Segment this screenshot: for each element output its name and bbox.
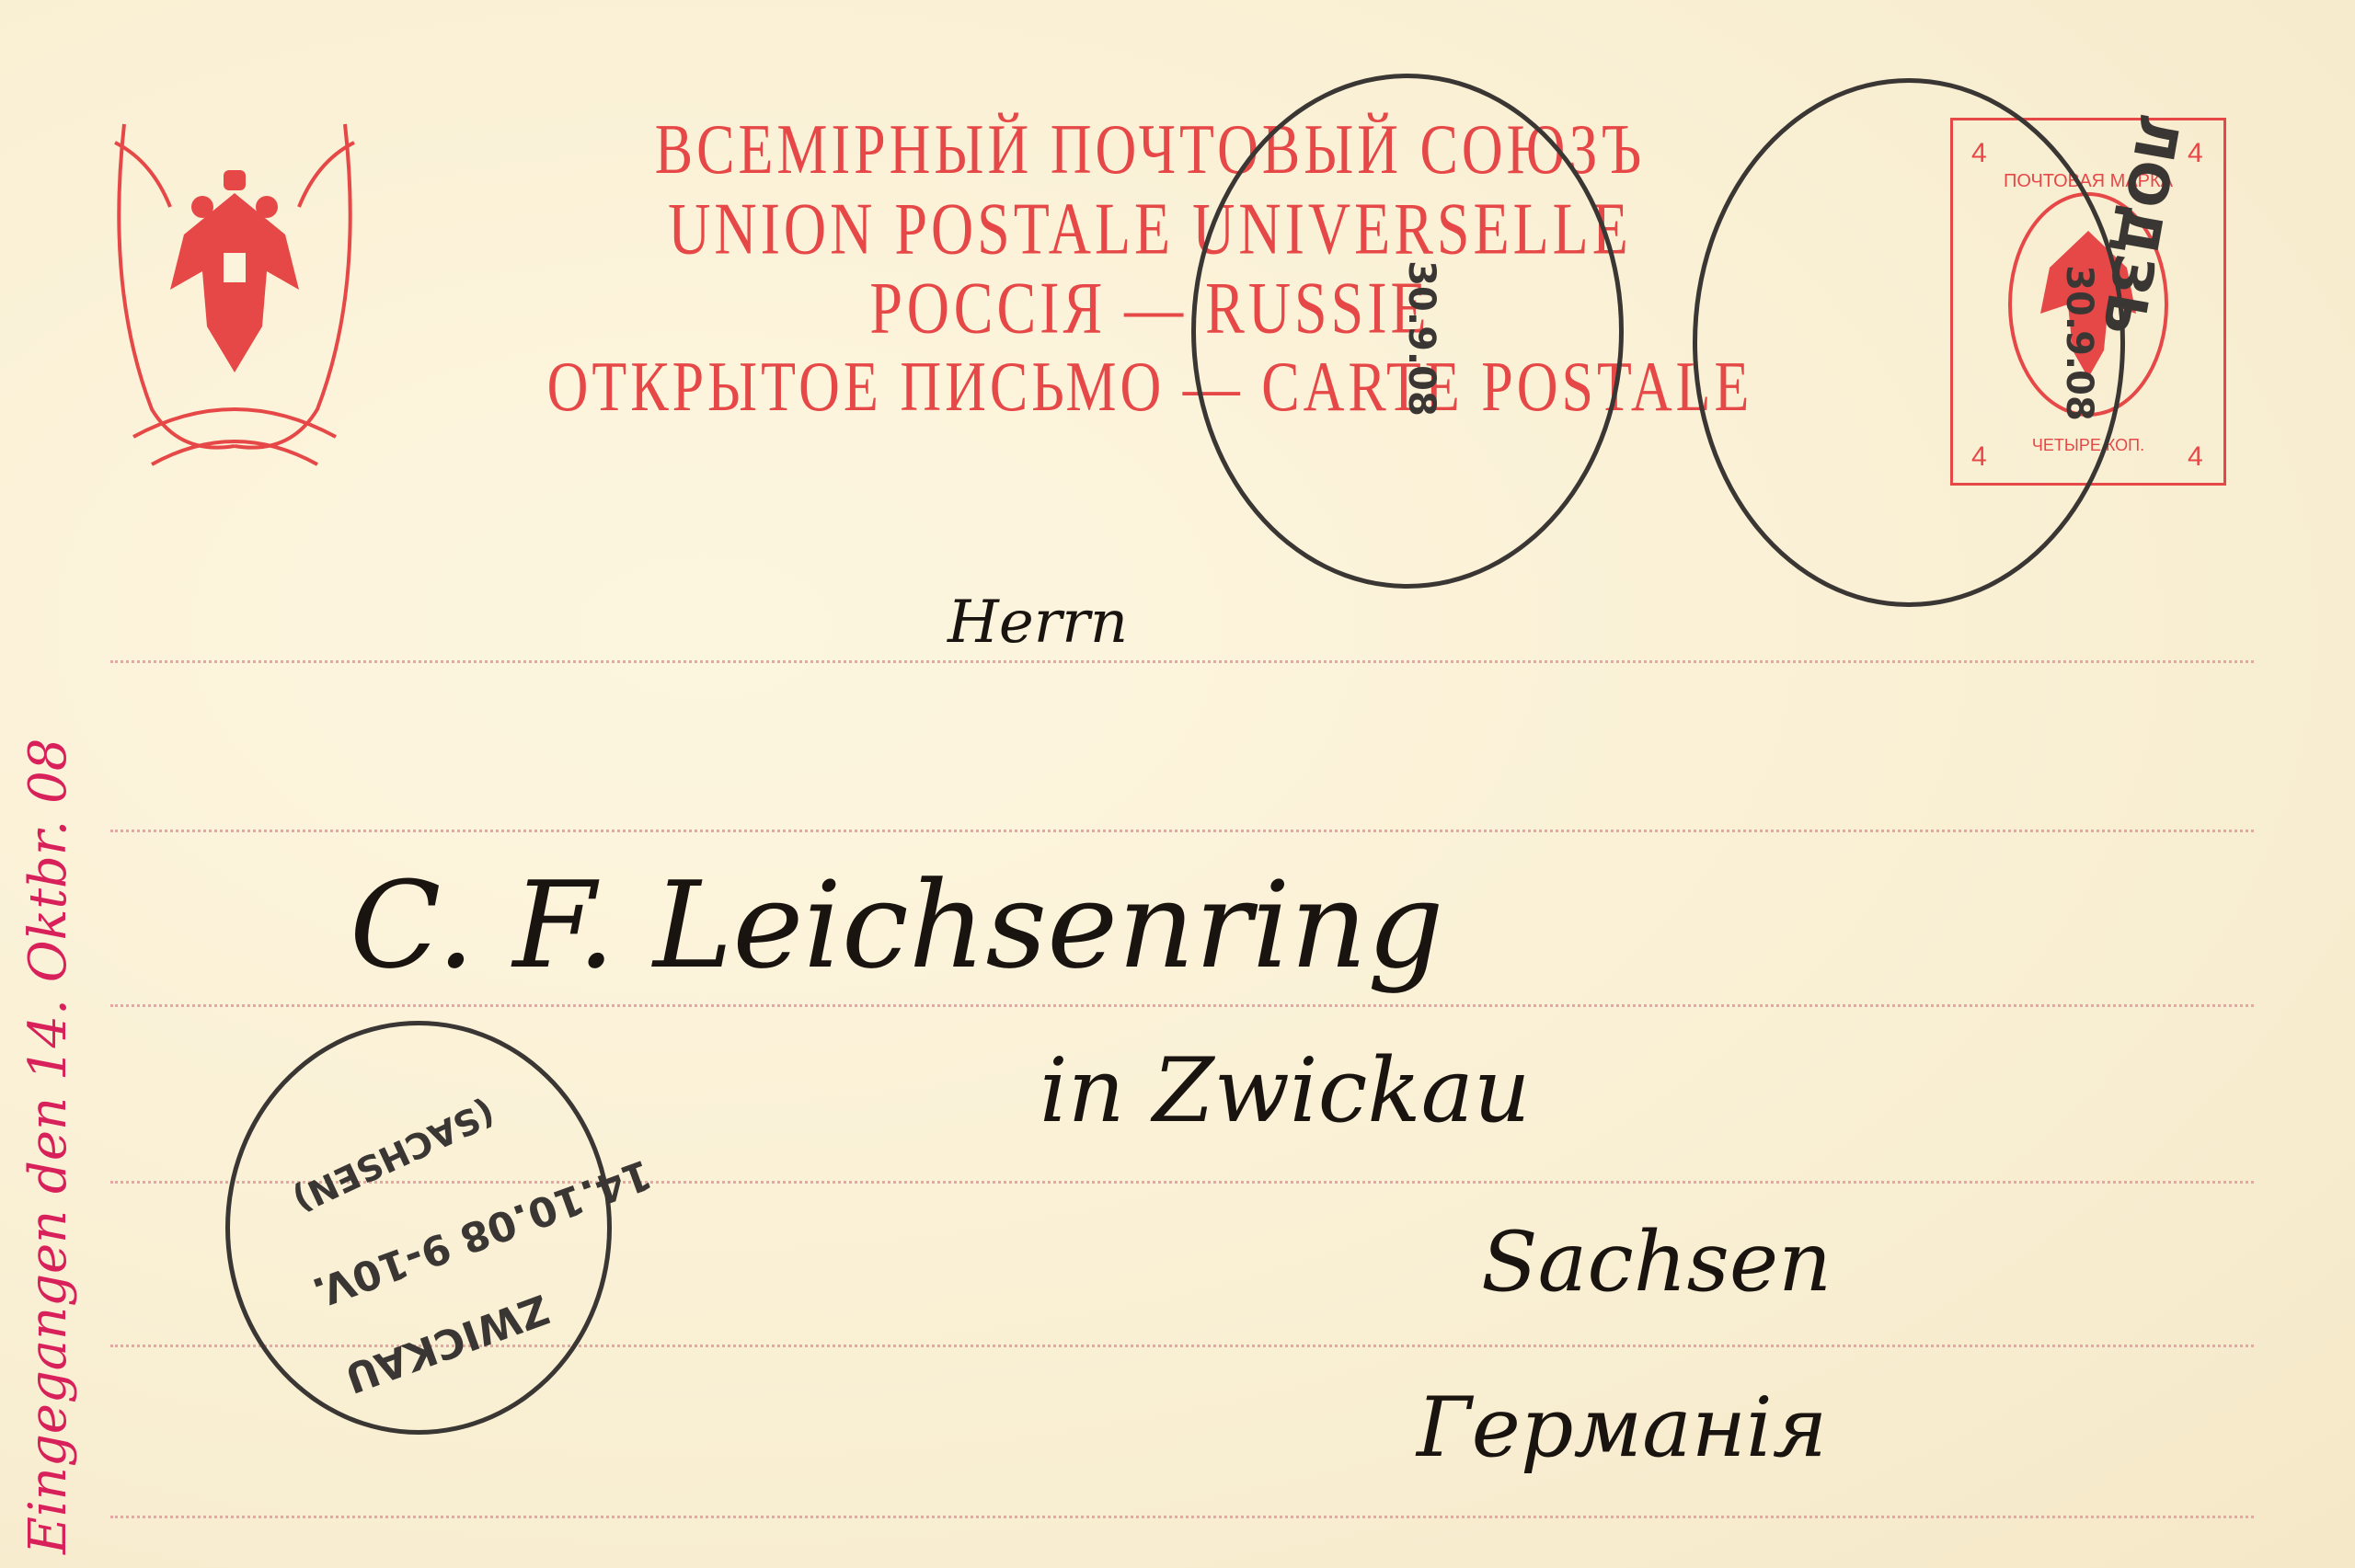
address-city: in Zwickau: [1040, 1039, 1531, 1142]
imperial-crest-icon: [97, 106, 373, 474]
postmark-city: ZWICKAU: [339, 1285, 555, 1402]
arrival-postmark: (SACHSEN) 14.10.08 9-10V. ZWICKAU: [225, 1021, 612, 1435]
address-country: Германія: [1417, 1379, 1827, 1476]
card-header: ВСЕМІРНЫЙ ПОЧТОВЫЙ СОЮЗЪ UNION POSTALE U…: [405, 110, 1895, 427]
postmark-date: 30.9.08: [1400, 260, 1442, 417]
address-name: C. F. Leichsenring: [350, 855, 1444, 995]
address-salutation: Herrn: [948, 589, 1128, 657]
postmark-region: (SACHSEN): [287, 1092, 501, 1220]
origin-postmark-2: 30.9.08 ЛОДЗЬ: [1693, 78, 2125, 607]
postcard: ВСЕМІРНЫЙ ПОЧТОВЫЙ СОЮЗЪ UNION POSTALE U…: [0, 0, 2355, 1568]
origin-postmark-1: 30.9.08: [1191, 74, 1624, 589]
receipt-note: Eingegangen den 14. Oktbr. 08: [18, 738, 78, 1554]
postmark-date: 30.9.08: [2058, 265, 2100, 421]
svg-text:4: 4: [2188, 138, 2203, 168]
address-region: Sachsen: [1481, 1214, 1832, 1310]
header-line-4: ОТКРЫТОЕ ПИСЬМО — CARTE POSTALE: [405, 338, 1895, 437]
